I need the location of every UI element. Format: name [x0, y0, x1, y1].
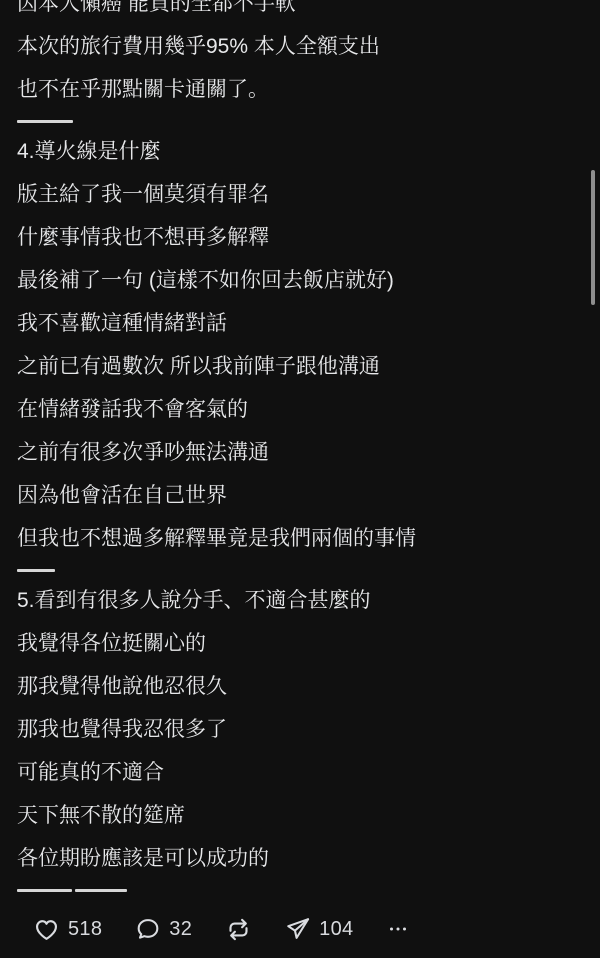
post-text-line: 之前已有過數次 所以我前陣子跟他溝通 — [17, 354, 583, 380]
scrollbar-thumb[interactable] — [591, 170, 595, 305]
divider-segment — [75, 889, 127, 892]
post-action-bar: 518 32 104 — [17, 908, 583, 950]
text-divider — [17, 889, 127, 892]
post-body: 因本人懶癌 能負的全都不手軟 本次的旅行費用幾乎95% 本人全額支出 也不在乎那… — [0, 0, 600, 950]
post-text-line: 因本人懶癌 能負的全都不手軟 — [17, 0, 583, 17]
comment-icon — [135, 916, 161, 942]
post-text-line: 可能真的不適合 — [17, 760, 583, 786]
post-text-line: 什麼事情我也不想再多解釋 — [17, 225, 583, 251]
share-count: 104 — [319, 918, 353, 941]
post-text-line: 我覺得各位挺關心的 — [17, 631, 583, 657]
repost-icon — [225, 916, 252, 943]
post-text-line: 但我也不想過多解釋畢竟是我們兩個的事情 — [17, 526, 583, 552]
post-text-line: 因為他會活在自己世界 — [17, 483, 583, 509]
post-text-line: 最後補了一句 (這樣不如你回去飯店就好) — [17, 268, 583, 294]
post-text-line: 本次的旅行費用幾乎95% 本人全額支出 — [17, 34, 583, 60]
threads-post-view: { "colors": { "background": "#101010", "… — [0, 0, 600, 958]
like-button[interactable]: 518 — [33, 916, 102, 943]
comment-button[interactable]: 32 — [135, 916, 192, 942]
more-button[interactable] — [386, 917, 410, 941]
post-text-line: 在情緒發話我不會客氣的 — [17, 397, 583, 423]
heart-icon — [33, 916, 60, 943]
share-icon — [285, 916, 311, 942]
share-button[interactable]: 104 — [285, 916, 353, 942]
text-divider — [17, 569, 55, 572]
post-text-line: 5.看到有很多人說分手、不適合甚麼的 — [17, 588, 583, 614]
post-text-line: 那我也覺得我忍很多了 — [17, 717, 583, 743]
post-text-line: 之前有很多次爭吵無法溝通 — [17, 440, 583, 466]
text-divider — [17, 120, 73, 123]
repost-button[interactable] — [225, 916, 252, 943]
post-text-line: 版主給了我一個莫須有罪名 — [17, 182, 583, 208]
post-text-line: 4.導火線是什麼 — [17, 139, 583, 165]
post-text-line: 各位期盼應該是可以成功的 — [17, 846, 583, 872]
like-count: 518 — [68, 918, 102, 941]
post-text-line: 也不在乎那點關卡通關了。 — [17, 77, 583, 103]
more-icon — [386, 917, 410, 941]
post-text-line: 那我覺得他說他忍很久 — [17, 674, 583, 700]
post-text-line: 天下無不散的筵席 — [17, 803, 583, 829]
comment-count: 32 — [169, 918, 192, 941]
divider-segment — [17, 889, 72, 892]
post-text-line: 我不喜歡這種情緒對話 — [17, 311, 583, 337]
